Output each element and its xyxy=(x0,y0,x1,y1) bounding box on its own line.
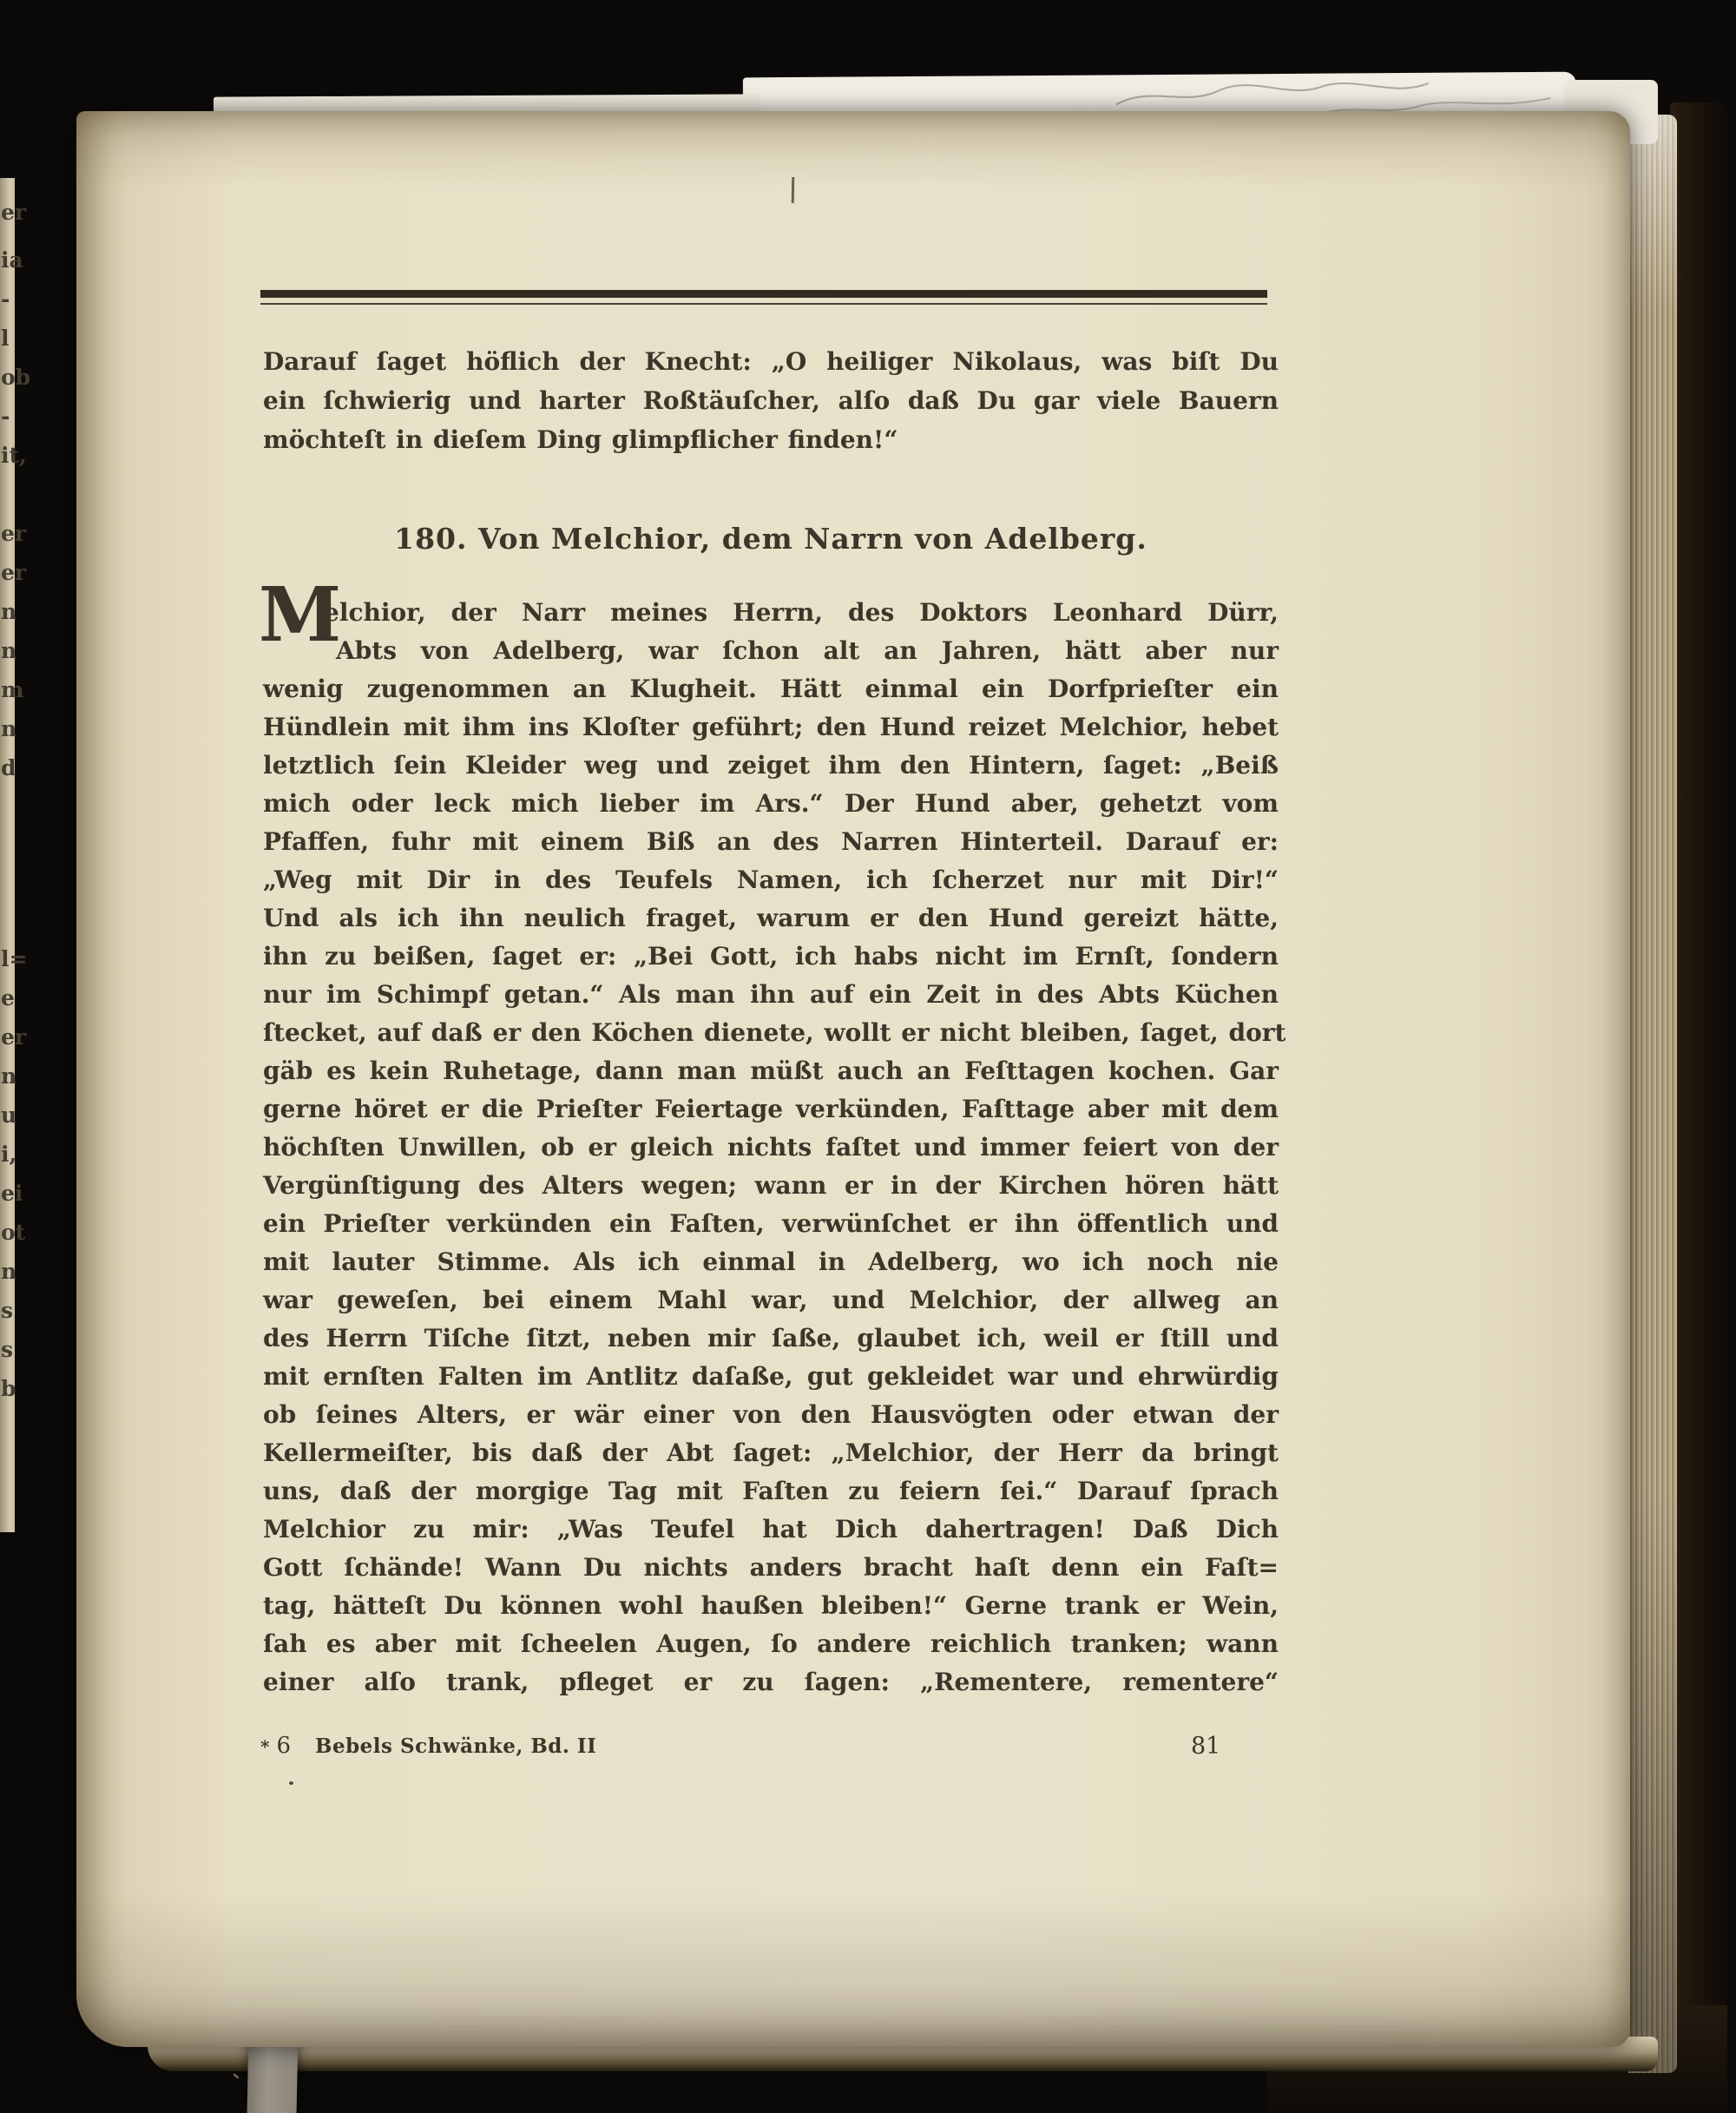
left-page-text-fragment: u xyxy=(1,1103,16,1129)
text-line: letztlich ſein Kleider weg und zeiget ih… xyxy=(263,747,1279,785)
text-line: gerne höret er die Prieſter Feiertage ve… xyxy=(263,1090,1279,1129)
text-line: ein Prieſter verkünden ein Faſten, verwü… xyxy=(263,1205,1279,1243)
left-page-text-fragment: m xyxy=(1,677,23,703)
left-page-text-fragment: ei xyxy=(1,1181,23,1207)
text-line: Hündlein mit ihm ins Kloſter geführt; de… xyxy=(263,708,1279,747)
story-body: elchior, der Narr meines Herrn, des Dokt… xyxy=(263,594,1279,1702)
left-page-text-fragment: n xyxy=(1,599,16,625)
book-photo: eria-lob-it,erernnmndl=eernui,eiotnssb D… xyxy=(0,0,1736,2113)
left-page-text-fragment: ia xyxy=(1,247,23,273)
text-line: einer alſo trank, pfleget er zu ſagen: „… xyxy=(263,1663,1279,1702)
left-page-text-fragment: er xyxy=(1,1024,26,1050)
book-cover-back xyxy=(1670,102,1727,2108)
left-page-text-fragment: n xyxy=(1,638,16,664)
text-line: Gott ſchände! Wann Du nichts anders brac… xyxy=(263,1549,1279,1587)
signature-number: 6 xyxy=(276,1733,291,1759)
text-line: höchſten Unwillen, ob er gleich nichts f… xyxy=(263,1129,1279,1167)
left-page-text-fragment: l xyxy=(1,326,10,352)
paper-speck xyxy=(289,1781,293,1785)
text-line: war geweſen, bei einem Mahl war, und Mel… xyxy=(263,1281,1279,1320)
text-line: gäb es kein Ruhetage, dann man müßt auch… xyxy=(263,1052,1279,1090)
text-line: ein ſchwierig und harter Roßtäuſcher, al… xyxy=(263,381,1279,420)
left-page-text-fragment: e xyxy=(1,985,15,1011)
left-page-text-fragment: s xyxy=(1,1337,13,1363)
text-line: Melchior zu mir: „Was Teufel hat Dich da… xyxy=(263,1511,1279,1549)
head-rule-thin xyxy=(260,303,1267,305)
text-line: uns, daß der morgige Tag mit Faſten zu f… xyxy=(263,1472,1279,1511)
left-page-text-fragment: ot xyxy=(1,1220,25,1246)
page-stack-fore-edge xyxy=(1628,115,1677,2073)
header-paragraph: Darauf ſaget höflich der Knecht: „O heil… xyxy=(263,342,1279,459)
left-page-text-fragment: n xyxy=(1,1259,16,1285)
drop-cap-initial: M xyxy=(259,578,341,653)
text-line: ſtecket, auf daß er den Köchen dienete, … xyxy=(263,1014,1279,1052)
left-page-text-fragment: er xyxy=(1,560,26,586)
text-line: Abts von Adelberg, war ſchon alt an Jahr… xyxy=(263,632,1279,670)
stray-ink-mark xyxy=(792,177,795,203)
paper-speck xyxy=(233,2073,240,2079)
signature-mark: * xyxy=(260,1736,269,1757)
text-line: nur im Schimpf getan.“ Als man ihn auf e… xyxy=(263,976,1279,1014)
left-page-text-fragment: d xyxy=(1,755,16,781)
text-line: Pfaffen, fuhr mit einem Biß an des Narre… xyxy=(263,823,1279,861)
left-page-text-fragment: it, xyxy=(1,443,27,469)
left-page-text-fragment: n xyxy=(1,716,16,742)
text-line: möchteſt in dieſem Ding glimpflicher fin… xyxy=(263,420,1279,459)
left-page-text-fragment: - xyxy=(1,404,10,430)
text-line: wenig zugenommen an Klugheit. Hätt einma… xyxy=(263,670,1279,708)
text-line: Kellermeiſter, bis daß der Abt ſaget: „M… xyxy=(263,1434,1279,1472)
left-page-text-fragment: l= xyxy=(1,946,27,972)
text-line: ob ſeines Alters, er wär einer von den H… xyxy=(263,1396,1279,1434)
text-line: elchior, der Narr meines Herrn, des Dokt… xyxy=(263,594,1279,632)
left-page-text-fragment: er xyxy=(1,521,26,547)
text-line: mit lauter Stimme. Als ich einmal in Ade… xyxy=(263,1243,1279,1281)
left-page-text-fragment: n xyxy=(1,1063,16,1089)
text-line: „Weg mit Dir in des Teufels Namen, ich ſ… xyxy=(263,861,1279,899)
left-page-text-fragment: ob xyxy=(1,365,30,391)
text-line: Und als ich ihn neulich fraget, warum er… xyxy=(263,899,1279,938)
footer-signature-line: * 6 Bebels Schwänke, Bd. II xyxy=(260,1733,596,1759)
running-title: Bebels Schwänke, Bd. II xyxy=(315,1735,596,1758)
left-page-text-fragment: er xyxy=(1,200,26,226)
left-page-text-fragment: - xyxy=(1,286,10,313)
left-page-text-fragment: i, xyxy=(1,1142,16,1168)
text-line: Vergünſtigung des Alters wegen; wann er … xyxy=(263,1167,1279,1205)
left-page-text-fragments: eria-lob-it,erernnmndl=eernui,eiotnssb xyxy=(0,0,21,2113)
text-line: Darauf ſaget höflich der Knecht: „O heil… xyxy=(263,342,1279,381)
story-heading: 180. Von Melchior, dem Narrn von Adelber… xyxy=(263,519,1279,559)
text-line: tag, hätteſt Du können wohl haußen bleib… xyxy=(263,1587,1279,1625)
text-line: mich oder leck mich lieber im Ars.“ Der … xyxy=(263,785,1279,823)
page-number: 81 xyxy=(1191,1733,1220,1760)
text-line: ſah es aber mit ſcheelen Augen, ſo ander… xyxy=(263,1625,1279,1663)
text-line: des Herrn Tiſche ſitzt, neben mir ſaße, … xyxy=(263,1320,1279,1358)
left-page-text-fragment: s xyxy=(1,1298,13,1324)
left-page-text-fragment: b xyxy=(1,1376,16,1402)
text-line: mit ernſten Falten im Antlitz daſaße, gu… xyxy=(263,1358,1279,1396)
head-rule-thick xyxy=(260,290,1267,298)
text-line: ihn zu beißen, ſaget er: „Bei Gott, ich … xyxy=(263,938,1279,976)
